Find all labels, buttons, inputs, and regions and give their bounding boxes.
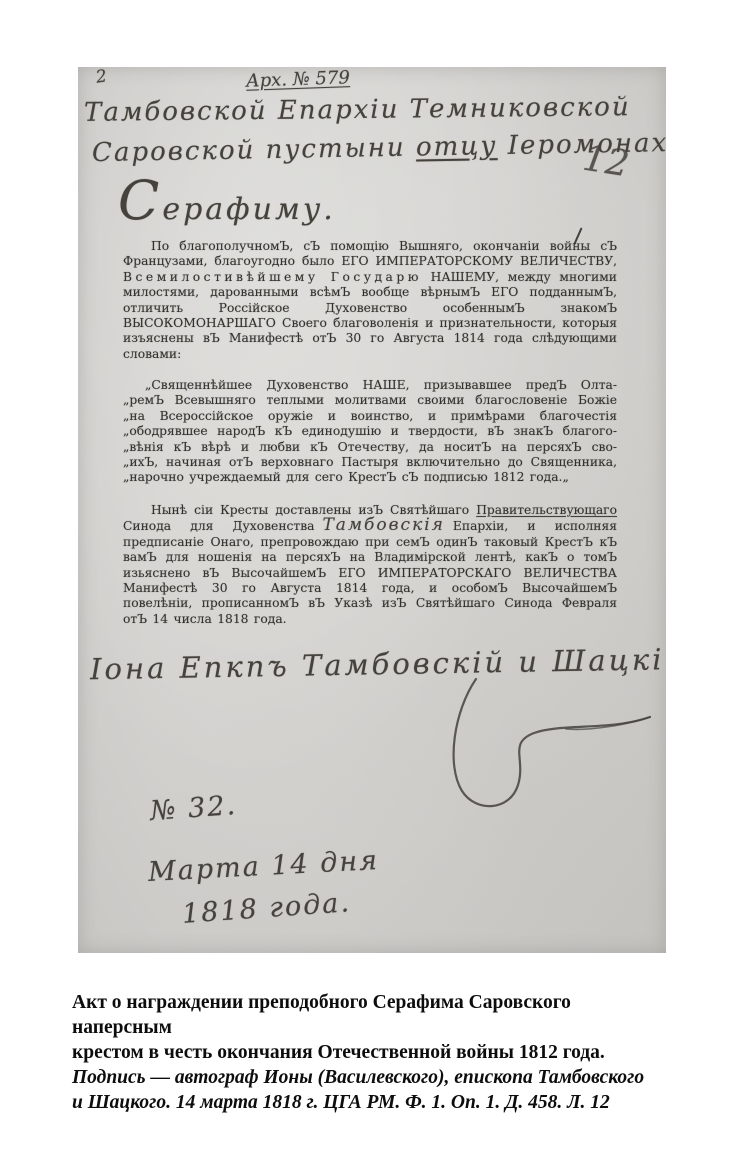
paragraph-3-text-end: Епархіи, и исполняя предписаніе Онаго, п…: [123, 519, 617, 625]
caption-line-2: крестом в честь окончания Отечественной …: [72, 1040, 652, 1065]
docket-date-line-1: Марта 14 дня: [147, 845, 379, 888]
caption-line-3: Подпись — автограф Ионы (Василевского), …: [72, 1065, 652, 1090]
archive-number-note: Арх. № 579: [246, 67, 351, 92]
docket-date-line-2: 1818 года.: [181, 887, 352, 930]
signature-flourish: [358, 673, 666, 823]
address-line-2-end: Іеромонаху: [497, 128, 666, 161]
quote-line: „вѣнія кЪ вѣрѣ и любви кЪ Отечеству, да …: [123, 440, 617, 455]
address-line-1: Тамбовской Епархіи Темниковской: [84, 92, 631, 128]
printed-paragraph-3: Нынѣ сіи Кресты доставлены изЪ Святѣйшаг…: [123, 503, 617, 627]
paragraph-1-text: По благополучномЪ, сЪ помощію Вышняго, о…: [123, 239, 617, 268]
quote-line: „ихЪ, начиная отЪ верховнаго Пастыря вкл…: [123, 455, 617, 470]
paragraph-3-underlined-word: Правительствующаго: [476, 503, 617, 517]
quote-line: „ремЪ Всевышняго теплыми молитвами своим…: [123, 393, 617, 408]
paragraph-1-spaced-phrase: Всемилостивѣйшему Государю: [123, 270, 422, 284]
quote-line: „ободрявшее народЪ кЪ единодушію и тверд…: [123, 424, 617, 439]
paragraph-3-text-mid: Синода для Духовенства: [123, 519, 314, 533]
address-line-2-start: Саровской пустыни: [92, 133, 416, 169]
printed-quote-paragraph: „Священнѣйшее Духовенство НАШЕ, призывав…: [123, 378, 617, 486]
quote-line: „на Всероссійское оружіе и воинство, и п…: [123, 409, 617, 424]
address-line-3-name: Серафиму.: [118, 169, 336, 232]
figure-caption: Акт о награждении преподобного Серафима …: [72, 990, 652, 1115]
printed-paragraph-1: По благополучномЪ, сЪ помощію Вышняго, о…: [123, 239, 617, 362]
quote-line: „нарочно учреждаемый для сего КрестЪ сЪ …: [123, 470, 617, 485]
quote-line: „Священнѣйшее Духовенство НАШЕ, призывав…: [123, 378, 617, 393]
handwritten-diocese-insert: Тамбовскія: [314, 515, 452, 535]
address-line-2-underlined: отцу: [416, 131, 498, 162]
document-scan: 2 Арх. № 579 Тамбовской Епархіи Темников…: [78, 67, 666, 953]
docket-number: № 32.: [149, 790, 238, 827]
corner-page-mark: 2: [95, 67, 109, 88]
caption-line-4: и Шацкого. 14 марта 1818 г. ЦГА РМ. Ф. 1…: [72, 1090, 652, 1115]
caption-line-1: Акт о награждении преподобного Серафима …: [72, 990, 652, 1040]
margin-paraph: 12: [580, 138, 632, 186]
book-page: 2 Арх. № 579 Тамбовской Епархіи Темников…: [0, 0, 740, 1167]
address-line-2: Саровской пустыни отцу Іеромонаху: [92, 128, 666, 168]
